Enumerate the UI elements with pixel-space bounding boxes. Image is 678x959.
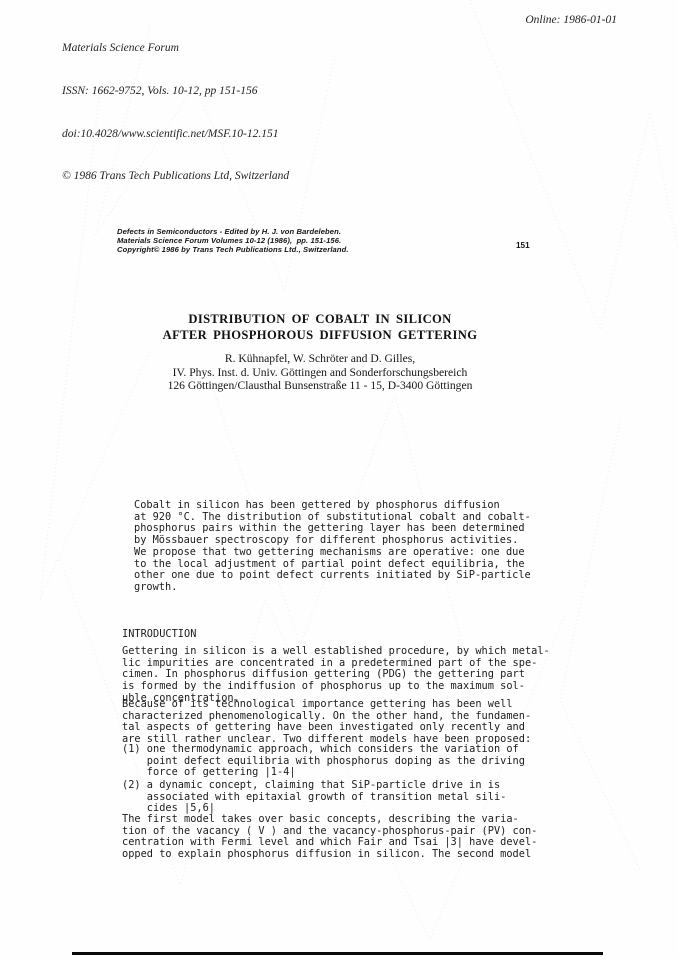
introduction-model-item-2: (2) a dynamic concept, claiming that SiP… <box>122 780 506 815</box>
volume-stamp: Defects in Semiconductors - Edited by H.… <box>117 227 349 255</box>
bottom-rule <box>72 952 603 955</box>
journal-name: Materials Science Forum <box>62 41 289 55</box>
abstract-paragraph-2: We propose that two gettering mechanisms… <box>134 547 531 594</box>
introduction-paragraph-2: Because of its technological importance … <box>122 699 531 746</box>
online-date: Online: 1986-01-01 <box>420 13 617 27</box>
introduction-paragraph-3: The first model takes over basic concept… <box>122 814 537 861</box>
page-number: 151 <box>516 241 530 250</box>
introduction-heading: INTRODUCTION <box>122 629 196 641</box>
document-page: Materials Science Forum ISSN: 1662-9752,… <box>0 0 678 959</box>
doi-line: doi:10.4028/www.scientific.net/MSF.10-12… <box>62 127 289 141</box>
abstract-paragraph-1: Cobalt in silicon has been gettered by p… <box>134 500 531 547</box>
publisher-copyright-line: © 1986 Trans Tech Publications Ltd, Swit… <box>62 169 289 183</box>
article-authors: R. Kühnapfel, W. Schröter and D. Gilles,… <box>61 352 579 393</box>
introduction-paragraph-1: Gettering in silicon is a well establish… <box>122 646 550 705</box>
masthead-left: Materials Science Forum ISSN: 1662-9752,… <box>62 13 289 212</box>
issn-line: ISSN: 1662-9752, Vols. 10-12, pp 151-156 <box>62 84 289 98</box>
headline-block: DISTRIBUTION OF COBALT IN SILICON AFTER … <box>61 312 579 393</box>
article-title: DISTRIBUTION OF COBALT IN SILICON AFTER … <box>61 312 579 343</box>
introduction-model-item-1: (1) one thermodynamic approach, which co… <box>122 744 525 779</box>
